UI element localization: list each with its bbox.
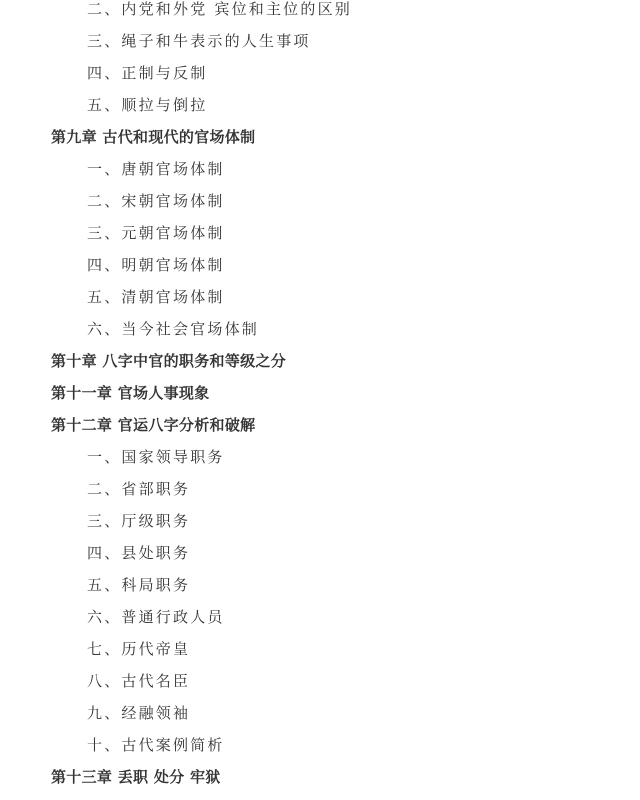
toc-section-item: 三、元朝官场体制 <box>87 223 225 243</box>
toc-section-item: 十、古代案例简析 <box>87 735 225 755</box>
toc-chapter-heading: 第十章 八字中官的职务和等级之分 <box>51 351 286 371</box>
toc-section-item: 四、明朝官场体制 <box>87 255 225 275</box>
toc-section-item: 四、县处职务 <box>87 543 190 563</box>
toc-section-item: 六、当今社会官场体制 <box>87 319 259 339</box>
toc-section-item: 七、历代帝皇 <box>87 639 190 659</box>
toc-section-item: 五、清朝官场体制 <box>87 287 225 307</box>
toc-section-item: 二、省部职务 <box>87 479 190 499</box>
toc-section-item: 三、厅级职务 <box>87 511 190 531</box>
toc-chapter-heading: 第十三章 丢职 处分 牢狱 <box>51 767 221 787</box>
toc-section-item: 九、经融领袖 <box>87 703 190 723</box>
toc-section-item: 一、唐朝官场体制 <box>87 159 225 179</box>
toc-section-item: 八、古代名臣 <box>87 671 190 691</box>
toc-chapter-heading: 第九章 古代和现代的官场体制 <box>51 127 255 147</box>
toc-section-item: 四、正制与反制 <box>87 63 207 83</box>
toc-section-item: 五、科局职务 <box>87 575 190 595</box>
toc-chapter-heading: 第十二章 官运八字分析和破解 <box>51 415 255 435</box>
toc-section-item: 二、内党和外党 宾位和主位的区别 <box>87 0 352 19</box>
toc-section-item: 一、国家领导职务 <box>87 447 225 467</box>
toc-section-item: 二、宋朝官场体制 <box>87 191 225 211</box>
toc-chapter-heading: 第十一章 官场人事现象 <box>51 383 210 403</box>
toc-section-item: 三、绳子和牛表示的人生事项 <box>87 31 311 51</box>
toc-section-item: 六、普通行政人员 <box>87 607 225 627</box>
toc-section-item: 五、顺拉与倒拉 <box>87 95 207 115</box>
